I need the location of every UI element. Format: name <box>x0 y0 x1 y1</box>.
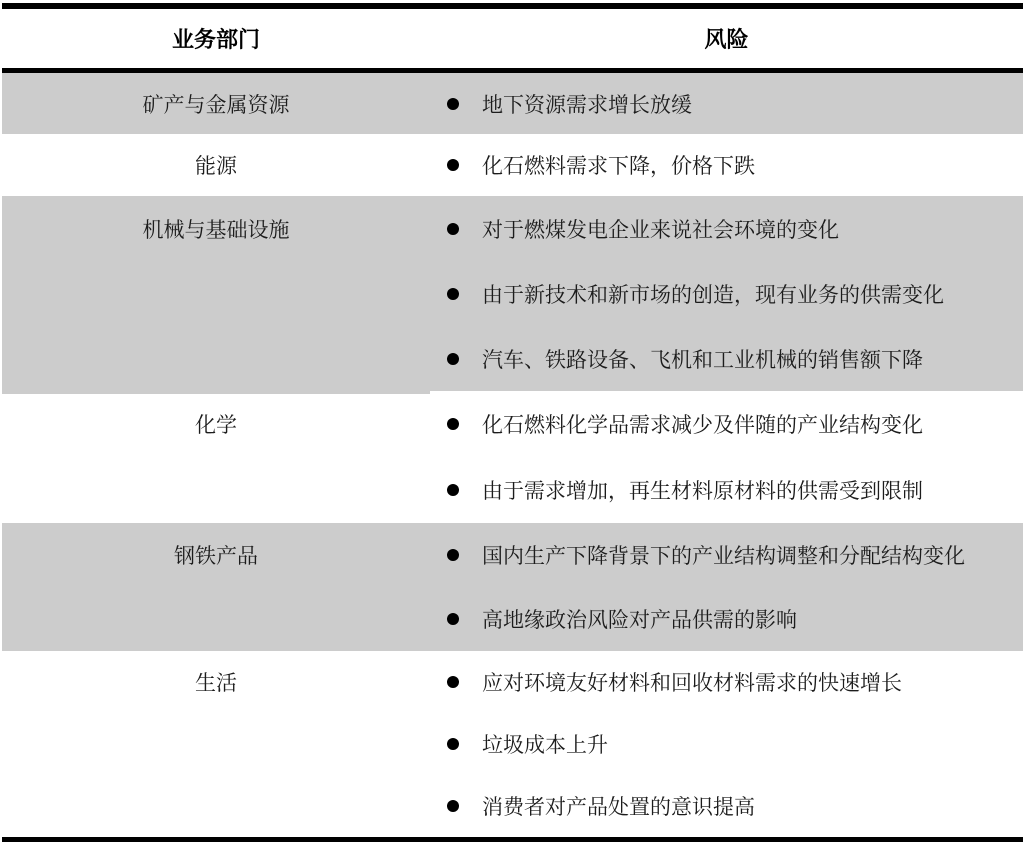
table-row: 钢铁产品 国内生产下降背景下的产业结构调整和分配结构变化 高地缘政治风险对产品供… <box>2 523 1023 651</box>
table-row: 矿产与金属资源 地下资源需求增长放缓 <box>2 73 1023 134</box>
department-label: 生活 <box>2 651 430 713</box>
department-cell: 化学 <box>2 391 430 523</box>
department-cell: 矿产与金属资源 <box>2 73 430 134</box>
department-label: 矿产与金属资源 <box>2 73 430 134</box>
risk-item: 汽车、铁路设备、飞机和工业机械的销售额下降 <box>430 326 1023 391</box>
risk-item: 对于燃煤发电企业来说社会环境的变化 <box>430 196 1023 261</box>
bullet-icon <box>447 159 459 171</box>
table-header-row: 业务部门 风险 <box>2 9 1023 73</box>
bullet-icon <box>447 549 459 561</box>
bullet-icon <box>447 353 459 365</box>
risk-cell: 化石燃料需求下降，价格下跌 <box>430 134 1023 196</box>
department-cell: 钢铁产品 <box>2 523 430 651</box>
risk-table: 业务部门 风险 矿产与金属资源 地下资源需求增长放缓 能源 化石燃料需求下降，价… <box>2 3 1023 842</box>
risk-item: 应对环境友好材料和回收材料需求的快速增长 <box>430 651 1023 713</box>
risk-cell: 对于燃煤发电企业来说社会环境的变化 由于新技术和新市场的创造，现有业务的供需变化… <box>430 196 1023 391</box>
department-label: 能源 <box>2 134 430 196</box>
table-row: 生活 应对环境友好材料和回收材料需求的快速增长 垃圾成本上升 消费者对产品处置的… <box>2 651 1023 837</box>
risk-item: 化石燃料化学品需求减少及伴随的产业结构变化 <box>430 391 1023 457</box>
risk-item: 由于需求增加，再生材料原材料的供需受到限制 <box>430 457 1023 523</box>
bullet-icon <box>447 800 459 812</box>
risk-text: 应对环境友好材料和回收材料需求的快速增长 <box>482 667 902 697</box>
department-label: 钢铁产品 <box>2 523 430 587</box>
table-row: 机械与基础设施 对于燃煤发电企业来说社会环境的变化 由于新技术和新市场的创造，现… <box>2 196 1023 391</box>
department-label: 机械与基础设施 <box>2 196 430 261</box>
bullet-icon <box>447 223 459 235</box>
risk-text: 由于需求增加，再生材料原材料的供需受到限制 <box>482 475 923 505</box>
column-header-risk: 风险 <box>430 23 1023 54</box>
risk-item: 化石燃料需求下降，价格下跌 <box>430 134 1023 196</box>
column-header-department: 业务部门 <box>2 23 430 54</box>
risk-text: 高地缘政治风险对产品供需的影响 <box>482 604 797 634</box>
risk-cell: 地下资源需求增长放缓 <box>430 73 1023 134</box>
risk-text: 垃圾成本上升 <box>482 729 608 759</box>
risk-text: 对于燃煤发电企业来说社会环境的变化 <box>482 214 839 244</box>
table-row: 能源 化石燃料需求下降，价格下跌 <box>2 134 1023 196</box>
department-cell: 能源 <box>2 134 430 196</box>
bullet-icon <box>447 288 459 300</box>
risk-item: 高地缘政治风险对产品供需的影响 <box>430 587 1023 651</box>
risk-cell: 国内生产下降背景下的产业结构调整和分配结构变化 高地缘政治风险对产品供需的影响 <box>430 523 1023 651</box>
risk-item: 国内生产下降背景下的产业结构调整和分配结构变化 <box>430 523 1023 587</box>
risk-item: 由于新技术和新市场的创造，现有业务的供需变化 <box>430 261 1023 326</box>
risk-text: 地下资源需求增长放缓 <box>482 89 692 119</box>
risk-cell: 应对环境友好材料和回收材料需求的快速增长 垃圾成本上升 消费者对产品处置的意识提… <box>430 651 1023 837</box>
risk-text: 由于新技术和新市场的创造，现有业务的供需变化 <box>482 279 944 309</box>
risk-cell: 化石燃料化学品需求减少及伴随的产业结构变化 由于需求增加，再生材料原材料的供需受… <box>430 391 1023 523</box>
bullet-icon <box>447 676 459 688</box>
bullet-icon <box>447 613 459 625</box>
risk-text: 国内生产下降背景下的产业结构调整和分配结构变化 <box>482 540 965 570</box>
risk-text: 化石燃料化学品需求减少及伴随的产业结构变化 <box>482 409 923 439</box>
bullet-icon <box>447 484 459 496</box>
department-cell: 机械与基础设施 <box>2 196 430 391</box>
department-cell: 生活 <box>2 651 430 837</box>
risk-text: 消费者对产品处置的意识提高 <box>482 791 755 821</box>
department-label: 化学 <box>2 391 430 457</box>
risk-text: 化石燃料需求下降，价格下跌 <box>482 150 755 180</box>
risk-item: 消费者对产品处置的意识提高 <box>430 775 1023 837</box>
risk-item: 地下资源需求增长放缓 <box>430 73 1023 134</box>
bullet-icon <box>447 98 459 110</box>
risk-item: 垃圾成本上升 <box>430 713 1023 775</box>
bullet-icon <box>447 418 459 430</box>
bullet-icon <box>447 738 459 750</box>
risk-text: 汽车、铁路设备、飞机和工业机械的销售额下降 <box>482 344 923 374</box>
table-row: 化学 化石燃料化学品需求减少及伴随的产业结构变化 由于需求增加，再生材料原材料的… <box>2 391 1023 523</box>
